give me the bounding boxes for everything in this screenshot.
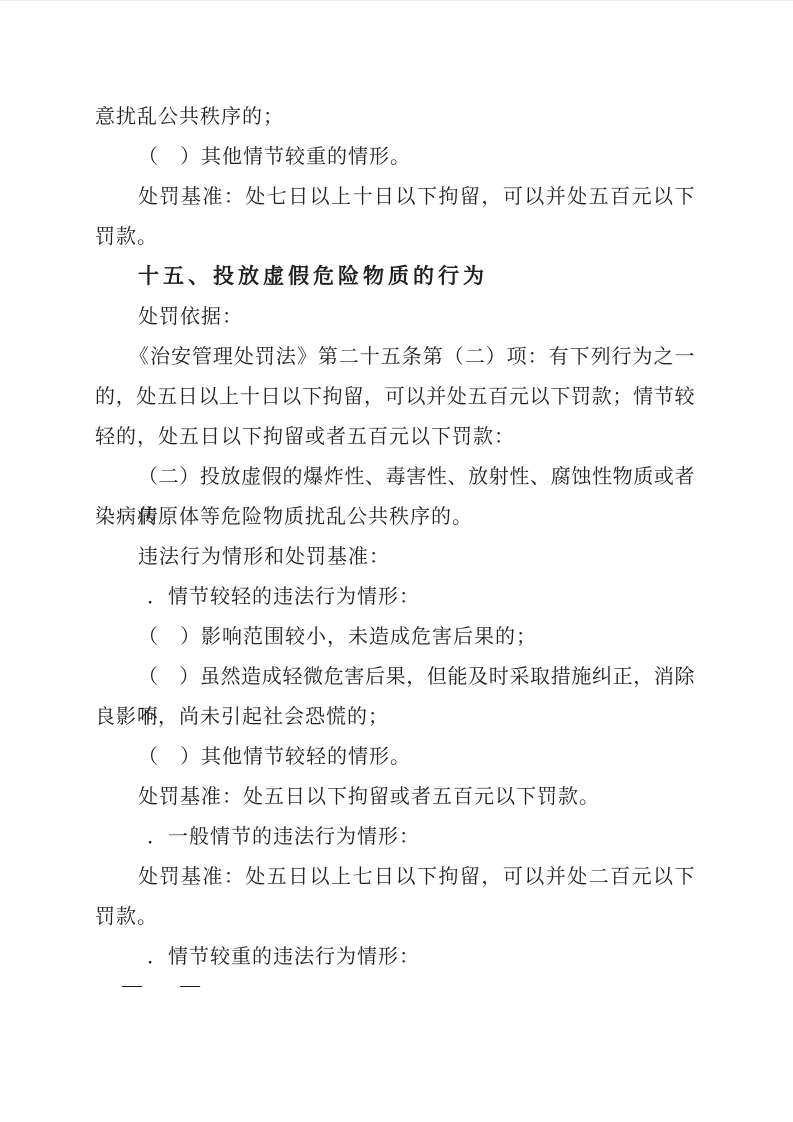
page-footer: — — <box>122 965 200 1005</box>
text-line: 处罚基准：处五日以上七日以下拘留，可以并处二百元以下 <box>95 857 695 897</box>
text-line: 违法行为情形和处罚基准： <box>95 537 695 577</box>
text-line: 良影响，尚未引起社会恐慌的； <box>95 697 695 737</box>
text-line: 的，处五日以上十日以下拘留，可以并处五百元以下罚款；情节较 <box>95 377 695 417</box>
text-line: （ ）其他情节较重的情形。 <box>95 137 695 177</box>
footer-dash-right: — <box>180 965 200 1005</box>
text-line: 意扰乱公共秩序的； <box>95 97 695 137</box>
text-line: 罚款。 <box>95 217 695 257</box>
footer-dash-left: — <box>122 965 142 1005</box>
scan-edge-line <box>0 0 793 1</box>
text-line: ．情节较轻的违法行为情形： <box>95 577 695 617</box>
text-line: 处罚基准：处七日以上十日以下拘留，可以并处五百元以下 <box>95 177 695 217</box>
text-line: 《治安管理处罚法》第二十五条第（二）项：有下列行为之一 <box>95 337 695 377</box>
text-line: （二）投放虚假的爆炸性、毒害性、放射性、腐蚀性物质或者传 <box>95 457 695 497</box>
document-page: 意扰乱公共秩序的；（ ）其他情节较重的情形。处罚基准：处七日以上十日以下拘留，可… <box>0 0 793 1122</box>
text-line: （ ）其他情节较轻的情形。 <box>95 737 695 777</box>
text-line: 处罚依据： <box>95 297 695 337</box>
text-line: ．一般情节的违法行为情形： <box>95 817 695 857</box>
text-line: （ ）影响范围较小，未造成危害后果的； <box>95 617 695 657</box>
document-body: 意扰乱公共秩序的；（ ）其他情节较重的情形。处罚基准：处七日以上十日以下拘留，可… <box>95 97 695 977</box>
text-line: 轻的，处五日以下拘留或者五百元以下罚款： <box>95 417 695 457</box>
text-line: 染病病原体等危险物质扰乱公共秩序的。 <box>95 497 695 537</box>
text-line: 罚款。 <box>95 897 695 937</box>
section-heading: 十五、投放虚假危险物质的行为 <box>95 257 695 297</box>
text-line: 处罚基准：处五日以下拘留或者五百元以下罚款。 <box>95 777 695 817</box>
text-line: （ ）虽然造成轻微危害后果，但能及时采取措施纠正，消除不 <box>95 657 695 697</box>
